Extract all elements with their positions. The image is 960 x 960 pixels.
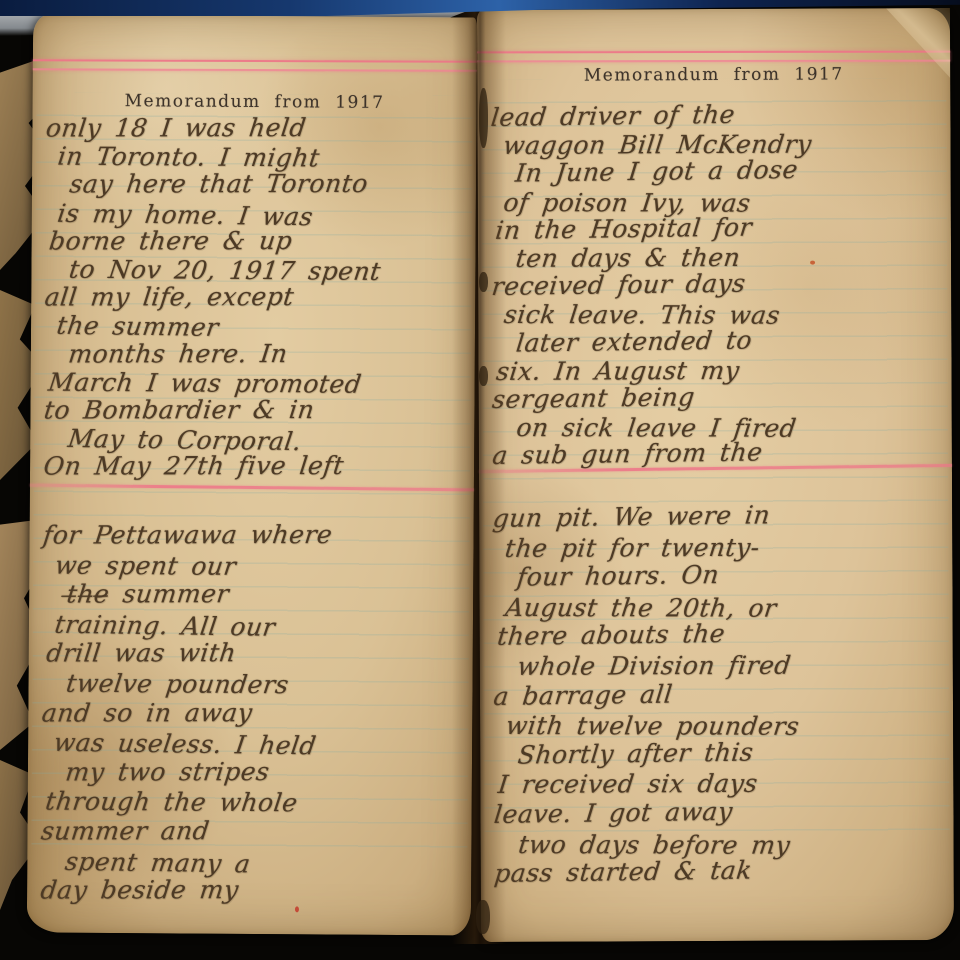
handwriting-line: In June I got a dose <box>490 154 953 188</box>
handwriting-block-lower: gun pit. We were inthe pit for twenty-fo… <box>491 502 952 889</box>
handwriting-line: four hours. On <box>492 557 955 593</box>
handwriting-block-upper: lead driver of thewaggon Bill McKendryIn… <box>489 102 950 471</box>
handwriting-line: Shortly after this <box>492 735 955 771</box>
handwriting-line: twelve pounders <box>40 669 474 702</box>
handwriting-line: summer and <box>39 816 473 846</box>
handwriting-block-lower: for Pettawawa wherewe spent ourt̶h̶e̶ su… <box>39 521 472 909</box>
handwriting-line: for Pettawawa where <box>41 520 475 550</box>
page-header: Memorandum from 1917 <box>477 64 950 86</box>
handwriting-line: in the Hospital for <box>490 211 953 245</box>
handwriting-line: received four days <box>490 267 953 301</box>
handwriting-line: leave. I got away <box>493 794 956 830</box>
handwriting-line: to Bombardier & in <box>42 396 476 425</box>
red-ink-speck <box>295 906 299 912</box>
handwriting-line: my two stripes <box>40 757 474 787</box>
handwriting-line: gun pit. We were in <box>491 498 954 534</box>
handwriting-line: a barrage all <box>492 676 955 712</box>
orange-ink-speck <box>810 261 815 265</box>
handwriting-line: through the whole <box>40 787 474 820</box>
handwriting-line: On May 27th five left <box>42 452 476 481</box>
pink-double-rule-top <box>33 59 477 72</box>
handwriting-block-upper: only 18 I was heldin Toronto. I mightsay… <box>42 115 475 485</box>
handwriting-line: drill was with <box>41 638 475 668</box>
handwriting-line: say here that Toronto <box>44 170 478 199</box>
handwriting-line: borne there & up <box>44 227 478 256</box>
handwriting-line: months here. In <box>43 339 477 368</box>
handwriting-line: there abouts the <box>492 616 955 652</box>
handwriting-line: we spent our <box>41 550 475 583</box>
handwriting-line: and so in away <box>40 697 474 727</box>
handwriting-line: lead driver of the <box>490 98 953 132</box>
handwriting-line: t̶h̶e̶ summer <box>41 579 475 609</box>
handwriting-line: day beside my <box>39 875 473 905</box>
handwriting-line: pass started & tak <box>493 853 956 889</box>
handwriting-line: all my life, except <box>43 283 477 312</box>
page-header: Memorandum from 1917 <box>33 90 477 113</box>
handwriting-line: only 18 I was held <box>44 114 478 143</box>
scanned-diary-photo: { "book": { "description": "Open handwri… <box>0 0 960 960</box>
handwriting-line: sergeant being <box>491 380 954 414</box>
pink-rule-mid <box>30 484 474 492</box>
handwriting-line: later extended to <box>490 324 953 358</box>
pink-double-rule-top <box>477 51 950 63</box>
left-page: Memorandum from 1917 only 18 I was heldi… <box>27 14 477 935</box>
right-page: Memorandum from 1917 lead driver of thew… <box>477 8 954 942</box>
